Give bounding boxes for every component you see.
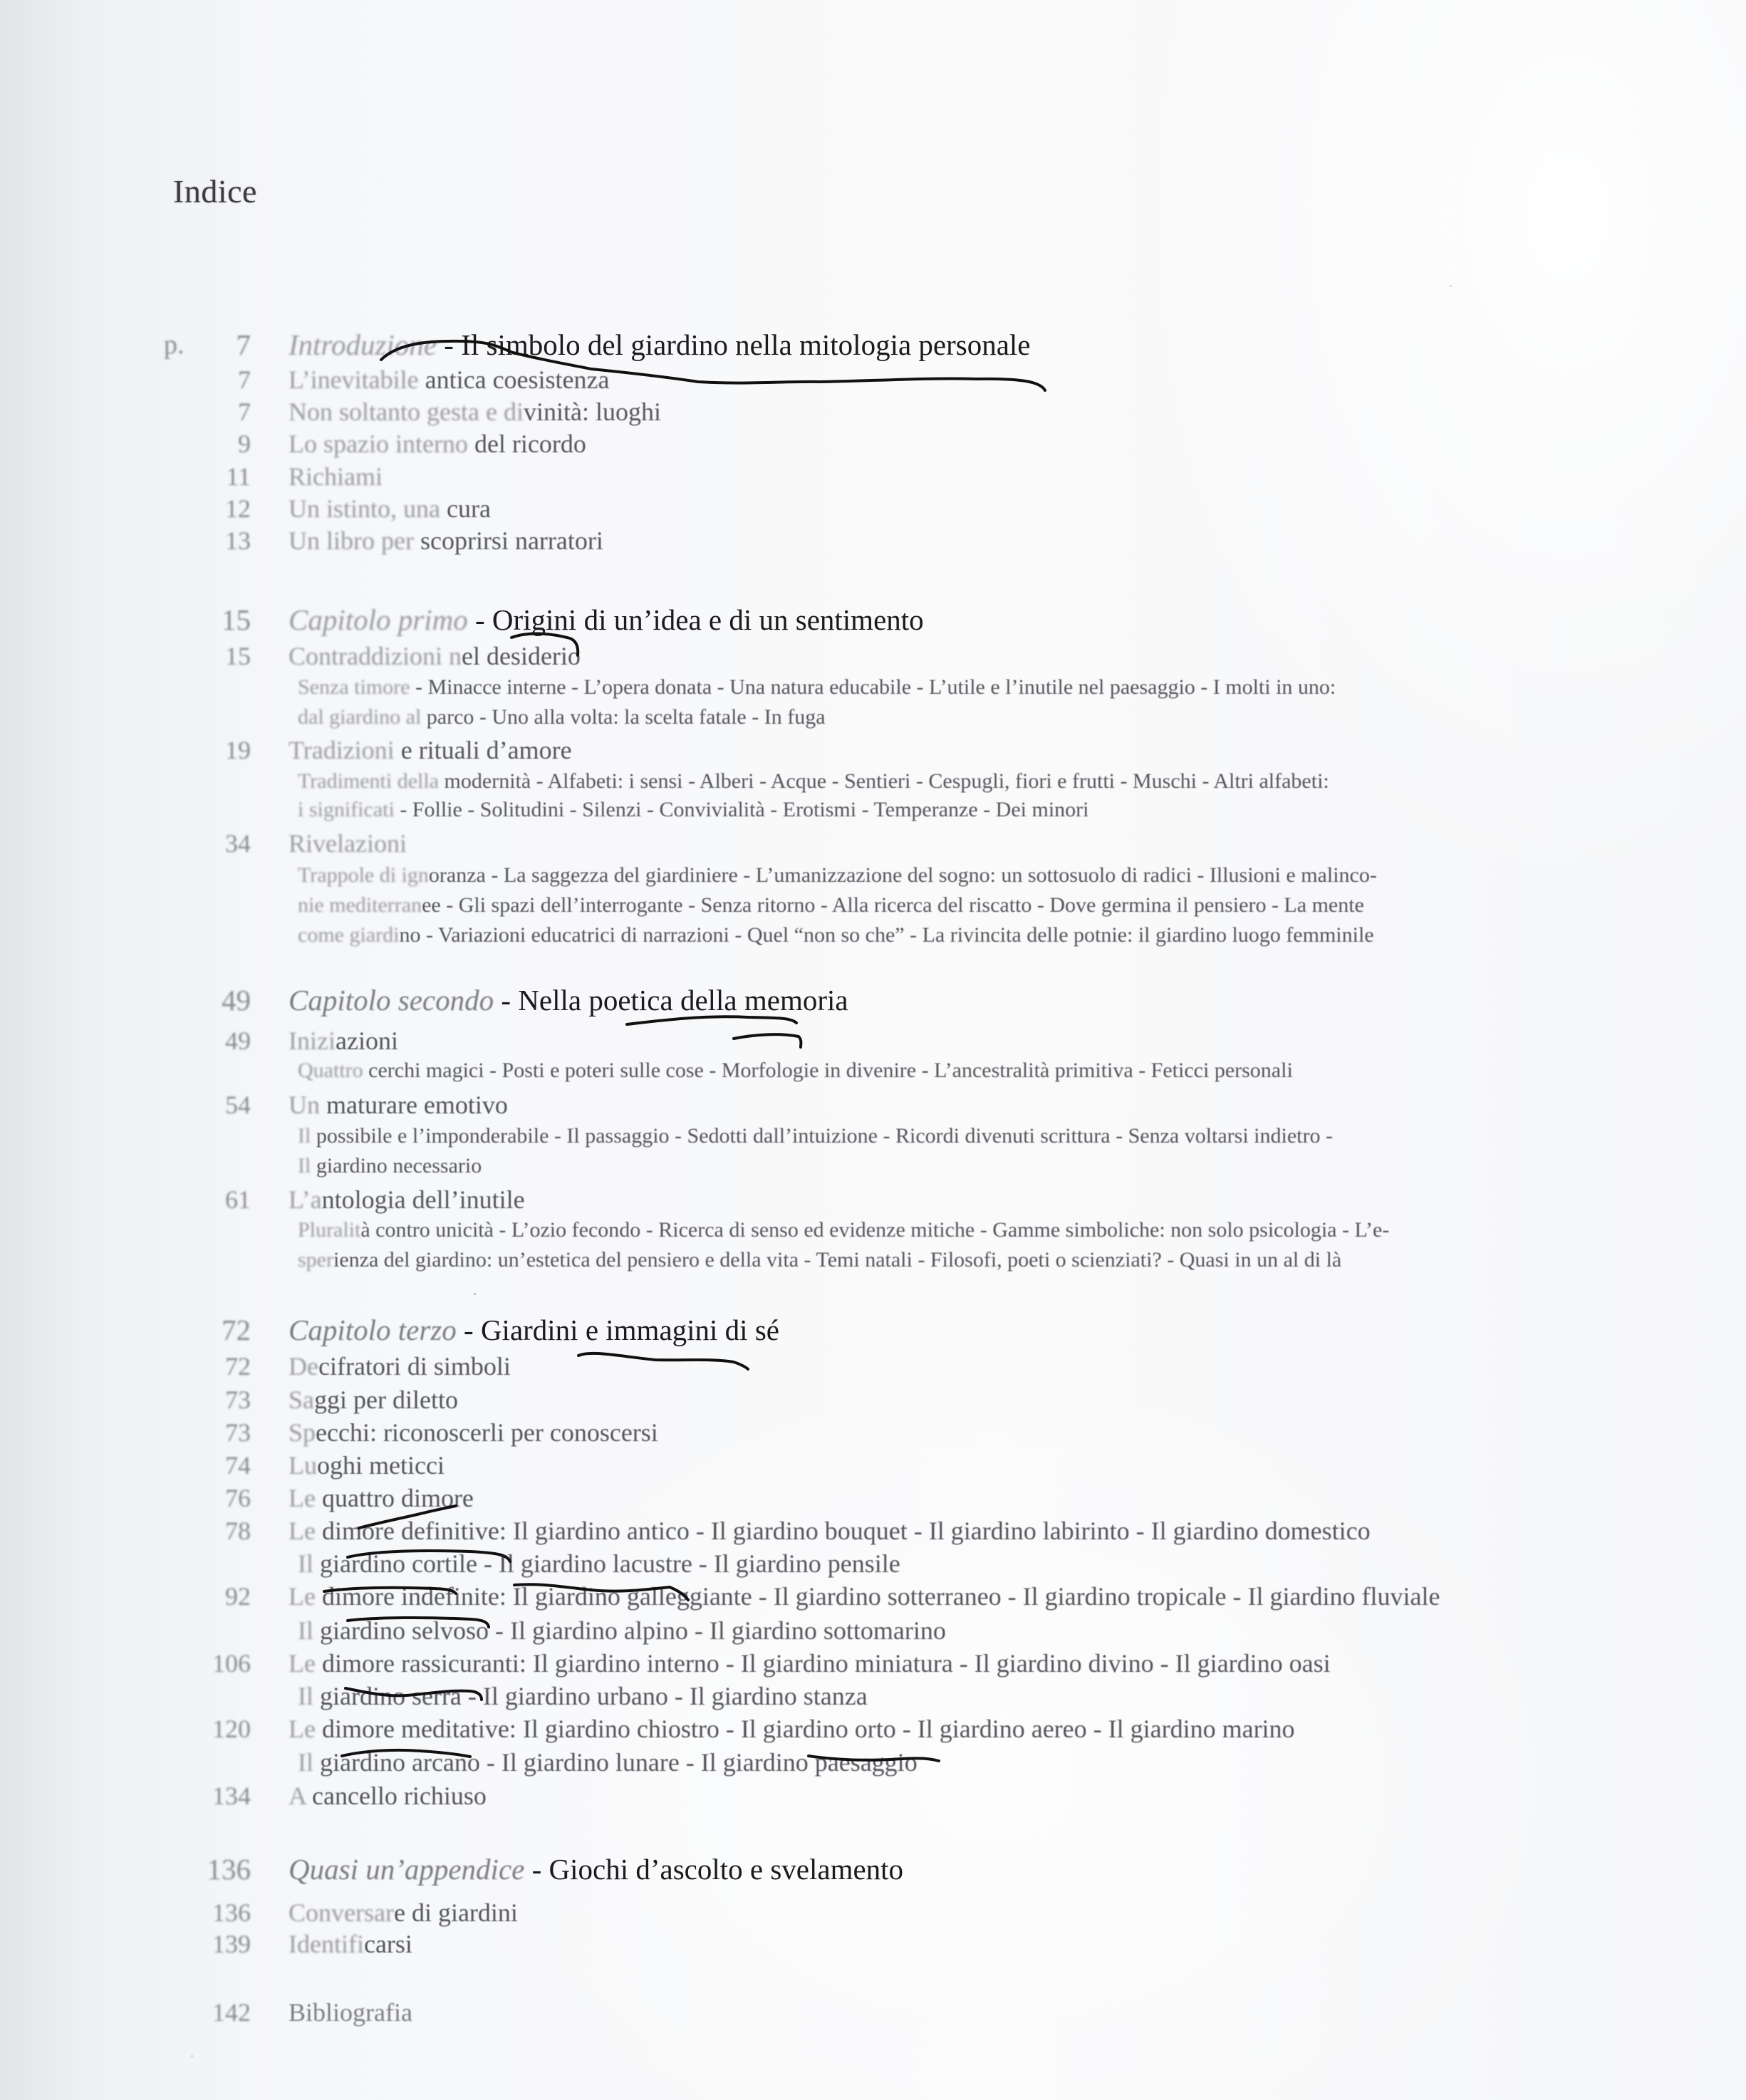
- page-number: 120: [165, 1714, 251, 1744]
- page-number: 134: [165, 1781, 251, 1811]
- page-number: 11: [165, 462, 251, 492]
- page-number: 7: [165, 328, 251, 362]
- subentries-text: Il giardino selvoso - Il giardino alpino…: [298, 1616, 946, 1646]
- separator: -: [524, 1853, 549, 1886]
- chapter-heading-text: Capitolo terzo - Giardini e immagini di …: [289, 1313, 779, 1347]
- chapter-label: Capitolo terzo: [289, 1314, 457, 1346]
- toc-entry-title: A cancello richiuso: [289, 1781, 487, 1811]
- toc-entry-title: Specchi: riconoscerli per conoscersi: [289, 1418, 658, 1447]
- toc-entry-title: L’inevitabile antica coesistenza: [289, 365, 609, 395]
- chapter-title: Il simbolo del giardino nella mitologia …: [461, 328, 1030, 361]
- chapter-title: Giardini e immagini di sé: [481, 1314, 779, 1346]
- subentries-text: sperienza del giardino: un’estetica del …: [298, 1248, 1341, 1272]
- separator: -: [468, 603, 492, 636]
- page-number: 15: [165, 641, 251, 671]
- separator: -: [457, 1314, 481, 1346]
- chapter-title: Giochi d’ascolto e svelamento: [549, 1853, 904, 1886]
- chapter-title: Origini di un’idea e di un sentimento: [492, 603, 924, 636]
- ink-speck: [191, 2055, 193, 2057]
- toc-entry-title: Luoghi meticci: [289, 1450, 445, 1480]
- chapter-label: Introduzione: [289, 328, 437, 361]
- page-number: 74: [165, 1450, 251, 1480]
- page-number: 72: [165, 1351, 251, 1381]
- subentries-text: Tradimenti della modernità - Alfabeti: i…: [298, 769, 1329, 794]
- toc-entry-title: Tradizioni e rituali d’amore: [289, 735, 572, 765]
- subentries-text: i significati - Follie - Solitudini - Si…: [298, 798, 1088, 822]
- toc-entry-title: Le quattro dimore: [289, 1483, 474, 1513]
- subentries-text: Senza timore - Minacce interne - L’opera…: [298, 675, 1336, 700]
- page-number: 15: [165, 603, 251, 637]
- toc-entry-title: Le dimore meditative: Il giardino chiost…: [289, 1714, 1295, 1744]
- subentries-text: nie mediterranee - Gli spazi dell’interr…: [298, 893, 1364, 918]
- page-number: 34: [165, 828, 251, 858]
- page-number: 19: [165, 735, 251, 765]
- chapter-heading-text: Capitolo primo - Origini di un’idea e di…: [289, 603, 924, 637]
- chapter-title: Nella poetica della memoria: [518, 984, 848, 1017]
- toc-entry-title: Conversare di giardini: [289, 1898, 518, 1928]
- toc-entry-title: Un istinto, una cura: [289, 494, 491, 524]
- chapter-heading-text: Introduzione - Il simbolo del giardino n…: [289, 328, 1031, 362]
- separator: -: [437, 328, 461, 361]
- subentries-text: come giardino - Variazioni educatrici di…: [298, 923, 1374, 947]
- ink-speck: [474, 1293, 476, 1295]
- subentries-text: dal giardino al parco - Uno alla volta: …: [298, 705, 826, 729]
- toc-entry-title: Un maturare emotivo: [289, 1090, 508, 1120]
- toc-entry-title: Le dimore rassicuranti: Il giardino inte…: [289, 1648, 1331, 1678]
- toc-entry-title: Non soltanto gesta e divinità: luoghi: [289, 397, 661, 427]
- page-number: 9: [165, 429, 251, 459]
- toc-entry-title: Bibliografia: [289, 1997, 412, 2027]
- page-number: 106: [165, 1648, 251, 1678]
- page-number: 92: [165, 1581, 251, 1611]
- subentries-text: Il giardino cortile - Il giardino lacust…: [298, 1549, 900, 1579]
- toc-entry-title: L’antologia dell’inutile: [289, 1185, 525, 1215]
- toc-entry-title: Contraddizioni nel desiderio: [289, 641, 581, 671]
- chapter-label: Capitolo secondo: [289, 984, 494, 1017]
- subentries-text: Il giardino serra - Il giardino urbano -…: [298, 1681, 868, 1711]
- page-number: 61: [165, 1185, 251, 1215]
- toc-entry-title: Le dimore definitive: Il giardino antico…: [289, 1516, 1371, 1546]
- toc-entry-title: Lo spazio interno del ricordo: [289, 429, 586, 459]
- subentries-text: Pluralità contro unicità - L’ozio fecond…: [298, 1218, 1389, 1242]
- page-number: 139: [165, 1929, 251, 1959]
- scanned-page: [0, 0, 1746, 2100]
- page-number: 76: [165, 1483, 251, 1513]
- separator: -: [494, 984, 518, 1017]
- ink-speck: [1450, 285, 1452, 287]
- page-number: 73: [165, 1385, 251, 1415]
- page-number: 49: [165, 1026, 251, 1056]
- subentries-text: Trappole di ignoranza - La saggezza del …: [298, 863, 1377, 888]
- toc-entry-title: Richiami: [289, 462, 383, 492]
- page-number: 136: [165, 1898, 251, 1928]
- chapter-heading-text: Capitolo secondo - Nella poetica della m…: [289, 983, 848, 1017]
- toc-entry-title: Iniziazioni: [289, 1026, 398, 1056]
- page-number: 13: [165, 526, 251, 556]
- page-number: 78: [165, 1516, 251, 1546]
- page-number: 73: [165, 1418, 251, 1447]
- toc-entry-title: Saggi per diletto: [289, 1385, 458, 1415]
- page-number: 12: [165, 494, 251, 524]
- page-number: 7: [165, 397, 251, 427]
- page-number: 54: [165, 1090, 251, 1120]
- toc-entry-title: Rivelazioni: [289, 828, 407, 858]
- toc-entry-title: Identificarsi: [289, 1929, 412, 1959]
- toc-entry-title: Le dimore indefinite: Il giardino galleg…: [289, 1581, 1440, 1611]
- toc-entry-title: Un libro per scoprirsi narratori: [289, 526, 603, 556]
- chapter-label: Capitolo primo: [289, 603, 468, 636]
- toc-entry-title: Decifratori di simboli: [289, 1351, 511, 1381]
- subentries-text: Il giardino arcano - Il giardino lunare …: [298, 1747, 918, 1777]
- page-title: Indice: [173, 172, 257, 210]
- chapter-label: Quasi un’appendice: [289, 1853, 524, 1886]
- page-number: 72: [165, 1313, 251, 1347]
- subentries-text: Il possibile e l’imponderabile - Il pass…: [298, 1124, 1333, 1148]
- page-number: 142: [165, 1997, 251, 2027]
- page-number: 7: [165, 365, 251, 395]
- subentries-text: Quattro cerchi magici - Posti e poteri s…: [298, 1059, 1293, 1083]
- chapter-heading-text: Quasi un’appendice - Giochi d’ascolto e …: [289, 1852, 903, 1886]
- page-number: 49: [165, 983, 251, 1017]
- page-number: 136: [165, 1852, 251, 1886]
- subentries-text: Il giardino necessario: [298, 1154, 482, 1178]
